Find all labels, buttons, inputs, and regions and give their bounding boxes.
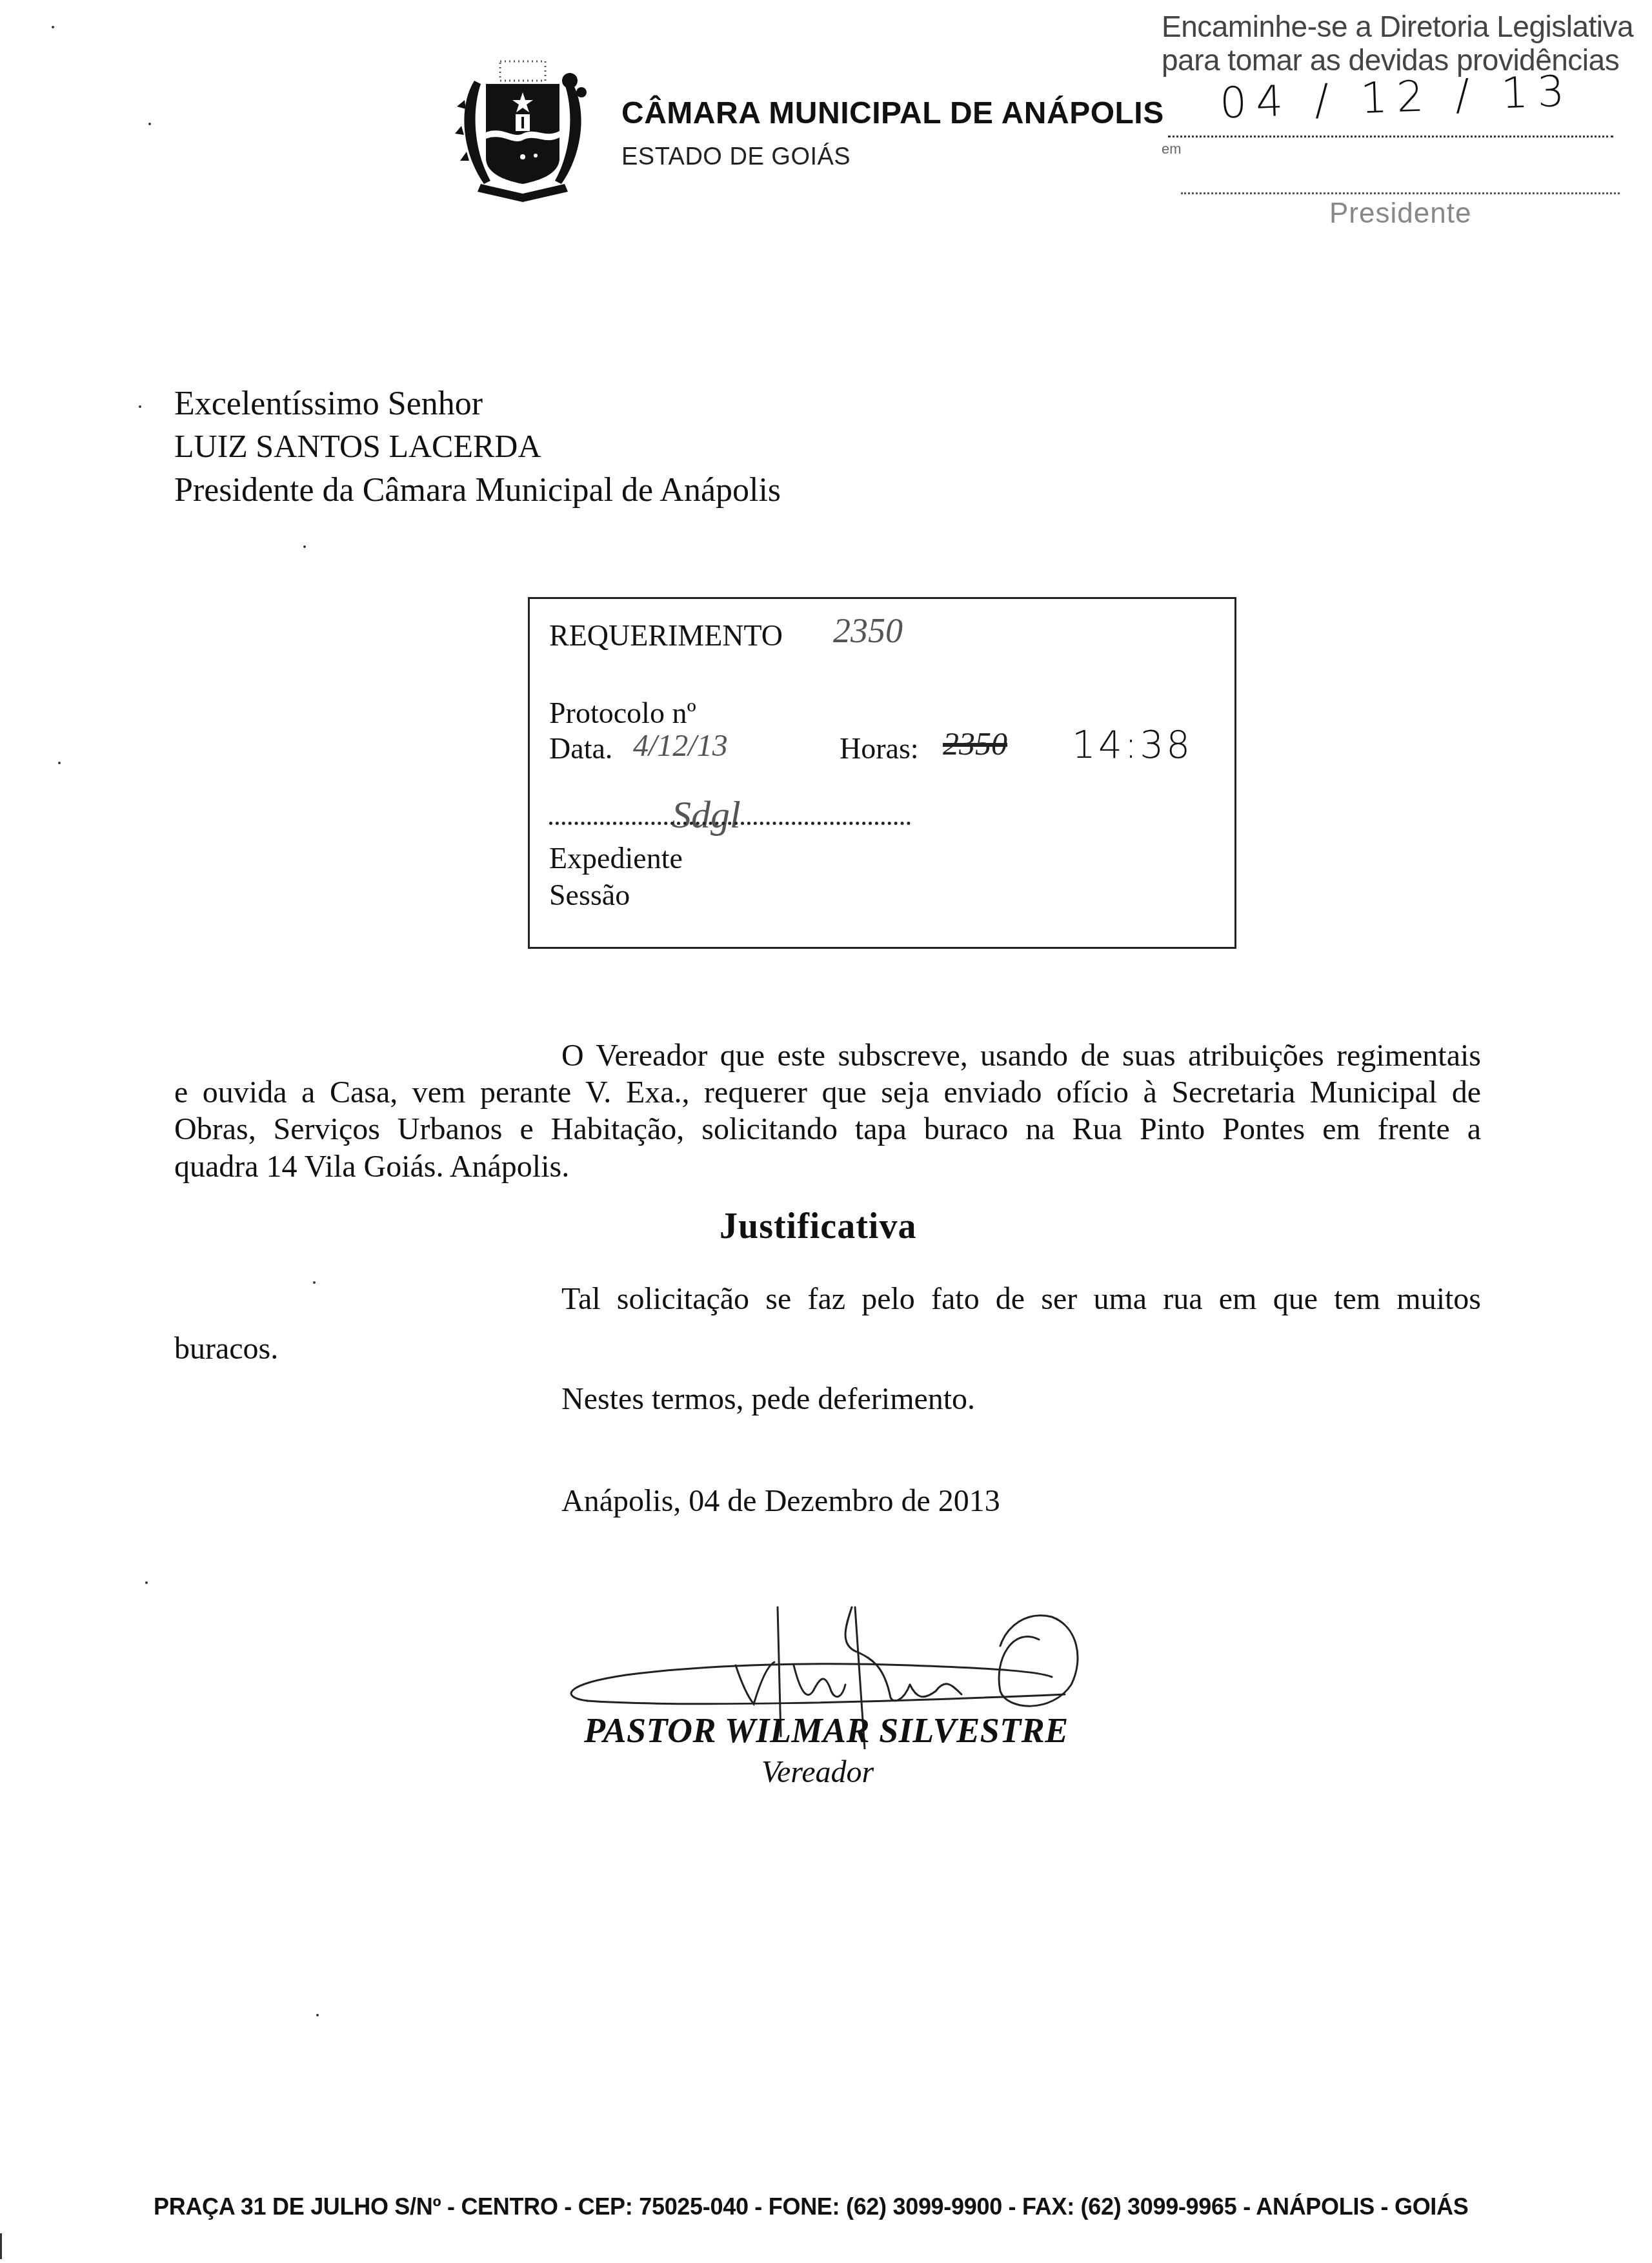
expediente-label: Expediente: [549, 841, 683, 875]
paragraph-1-line-3: Obras, Serviços Urbanos e Habitação, sol…: [174, 1111, 1481, 1147]
stamp-mark: em: [1162, 141, 1182, 157]
dispatch-stamp: Encaminhe-se a Diretoria Legislativa par…: [1155, 0, 1652, 245]
scan-edge-mark: [0, 2233, 2, 2259]
sessao-label: Sessão: [549, 878, 630, 912]
scan-speck: [139, 405, 141, 408]
paragraph-1-line-1: O Vereador que este subscreve, usando de…: [561, 1038, 1481, 1073]
organization-state: ESTADO DE GOIÁS: [621, 143, 851, 171]
organization-name: CÂMARA MUNICIPAL DE ANÁPOLIS: [621, 96, 1164, 131]
scan-speck: [58, 762, 61, 764]
horas-label: Horas:: [840, 731, 919, 766]
data-label: Data.: [549, 731, 612, 766]
scan-speck: [148, 123, 151, 125]
scan-speck: [52, 26, 54, 28]
data-value: 4/12/13: [633, 728, 728, 764]
signer-name: PASTOR WILMAR SILVESTRE: [584, 1710, 1069, 1751]
paragraph-1-line-4: quadra 14 Vila Goiás. Anápolis.: [174, 1149, 569, 1184]
scan-speck: [316, 2014, 319, 2016]
scan-speck: [313, 1281, 316, 1284]
justification-line-2: buracos.: [174, 1331, 278, 1366]
justification-line-1: Tal solicitação se faz pelo fato de ser …: [561, 1281, 1481, 1317]
stamp-date-line: [1168, 136, 1613, 137]
coat-of-arms-icon: [455, 55, 590, 203]
stamp-signature-line: [1181, 192, 1620, 194]
scan-speck: [303, 545, 306, 548]
dotted-signature-line: [549, 822, 911, 825]
requerimento-number: 2350: [833, 611, 903, 651]
requerimento-label: REQUERIMENTO: [549, 618, 783, 653]
justification-title: Justificativa: [720, 1206, 916, 1247]
stamp-signature-label: Presidente: [1329, 198, 1471, 230]
addressee-name: LUIZ SANTOS LACERDA: [174, 427, 541, 465]
place-and-date: Anápolis, 04 de Dezembro de 2013: [561, 1483, 1000, 1519]
paragraph-1-line-2: e ouvida a Casa, vem perante V. Exa., re…: [174, 1075, 1481, 1110]
horas-value: 14:38: [1072, 723, 1193, 767]
stamp-line-1: Encaminhe-se a Diretoria Legislativa: [1162, 9, 1633, 44]
protocol-box: REQUERIMENTO 2350 Protocolo nº Data. 4/1…: [528, 597, 1236, 949]
scan-speck: [145, 1581, 148, 1584]
signer-role: Vereador: [761, 1754, 874, 1790]
addressee-title: Presidente da Câmara Municipal de Anápol…: [174, 471, 781, 509]
addressee-salutation: Excelentíssimo Senhor: [174, 385, 483, 423]
horas-struck-value: 2350: [943, 725, 1007, 762]
footer-address: PRAÇA 31 DE JULHO S/Nº - CENTRO - CEP: 7…: [154, 2193, 1468, 2220]
protocolo-label: Protocolo nº: [549, 696, 696, 730]
closing-text: Nestes termos, pede deferimento.: [561, 1381, 975, 1417]
receiver-initials: Sdgl: [672, 793, 741, 837]
